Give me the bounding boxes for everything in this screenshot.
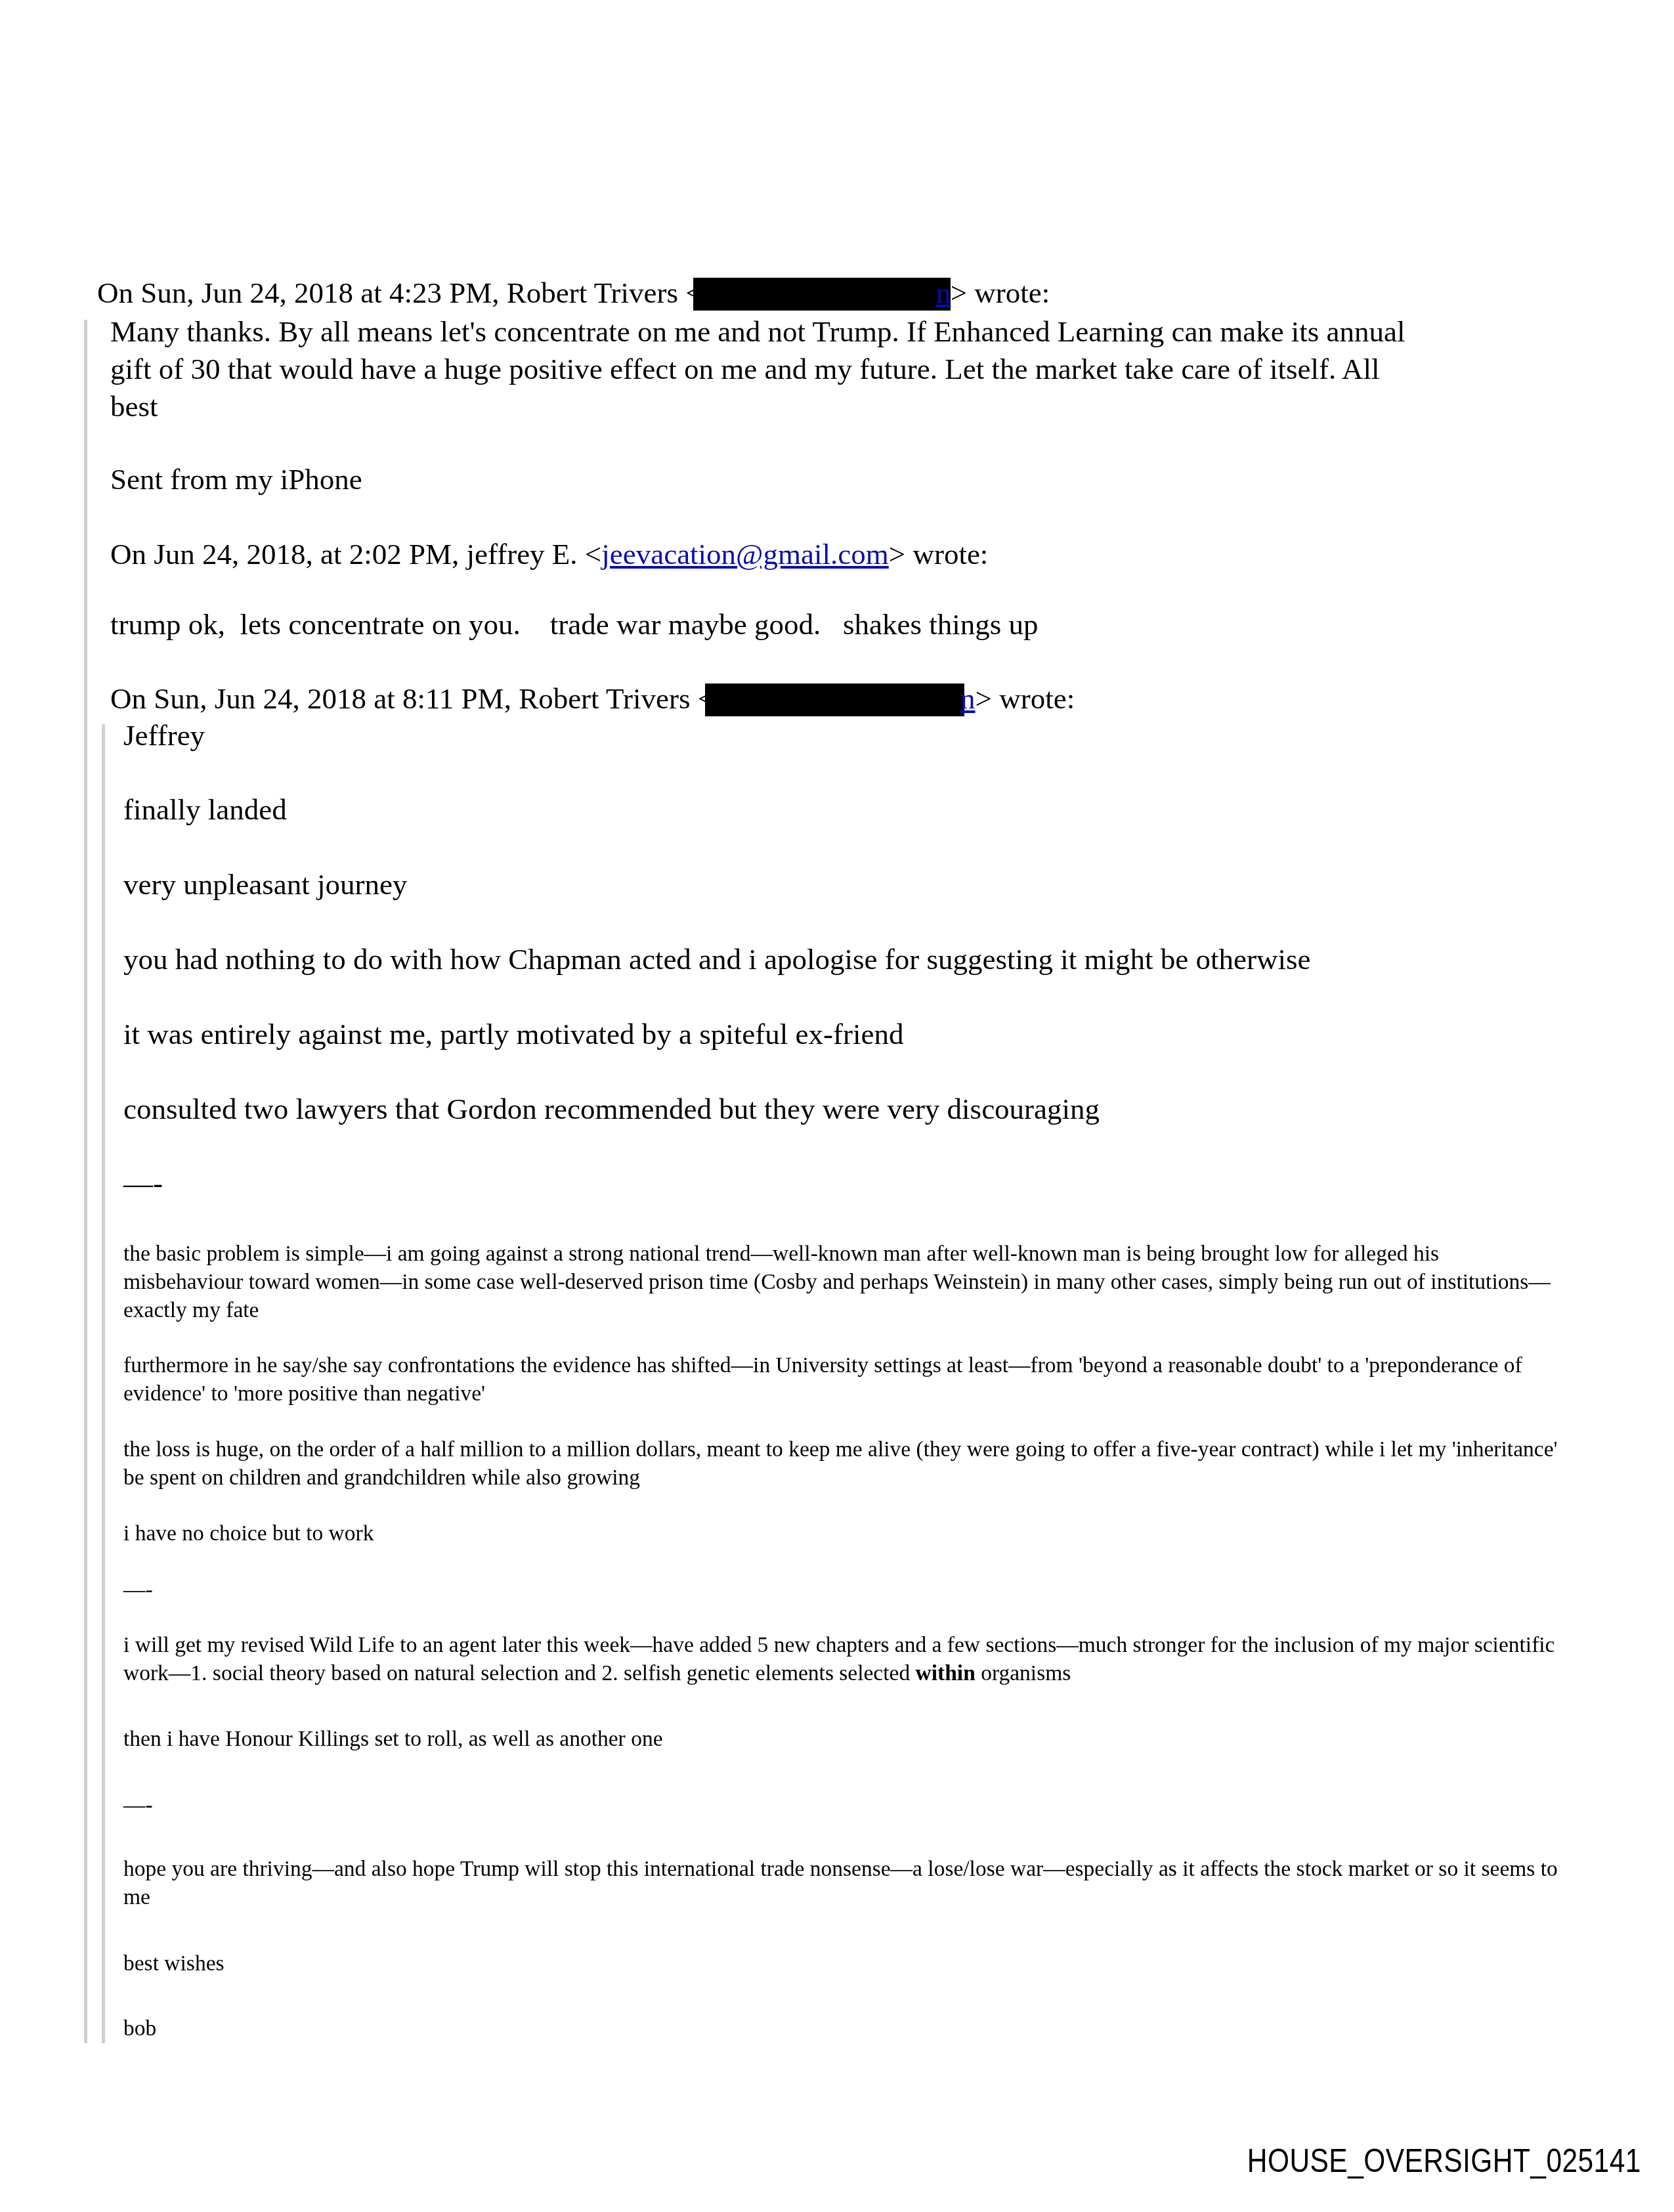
quote-bar-inner xyxy=(102,724,105,2043)
redaction-box xyxy=(693,278,951,311)
reply-1-body: Many thanks. By all means let's concentr… xyxy=(110,313,1406,425)
signature: bob xyxy=(123,2014,156,2043)
original-email-link[interactable]: n xyxy=(960,680,976,718)
reply-2-header-prefix: On Jun 24, 2018, at 2:02 PM, jeffrey E. … xyxy=(110,538,601,571)
reply-2-header: On Jun 24, 2018, at 2:02 PM, jeffrey E. … xyxy=(110,536,988,573)
original-paragraph: you had nothing to do with how Chapman a… xyxy=(123,941,1310,978)
honour-killings-paragraph: then i have Honour Killings set to roll,… xyxy=(123,1725,663,1753)
closing-paragraph: hope you are thriving—and also hope Trum… xyxy=(123,1855,1561,1911)
reply-1-body-line: gift of 30 that would have a huge positi… xyxy=(110,351,1406,388)
original-header: On Sun, Jun 24, 2018 at 8:11 PM, Robert … xyxy=(110,680,1075,718)
original-small-paragraph: the loss is huge, on the order of a half… xyxy=(123,1435,1561,1492)
section-divider: —- xyxy=(123,1791,153,1819)
quote-bar-outer xyxy=(84,320,87,2043)
original-greeting: Jeffrey xyxy=(123,717,205,754)
reply-2-body: trump ok, lets concentrate on you. trade… xyxy=(110,606,1038,643)
section-divider: —- xyxy=(123,1165,163,1202)
reply-1-header: On Sun, Jun 24, 2018 at 4:23 PM, Robert … xyxy=(97,274,1050,312)
reply-1-body-line: best xyxy=(110,388,1406,425)
section-divider: —- xyxy=(123,1576,153,1604)
reply-1-header-suffix: > wrote: xyxy=(951,276,1050,309)
wild-life-emphasis: within xyxy=(916,1661,976,1685)
reply-1-body-line: Many thanks. By all means let's concentr… xyxy=(110,313,1406,351)
original-header-suffix: > wrote: xyxy=(976,682,1075,715)
reply-2-email-link[interactable]: jeevacation@gmail.com xyxy=(601,538,889,571)
redaction-box xyxy=(705,683,964,716)
original-paragraph: very unpleasant journey xyxy=(123,866,407,903)
wild-life-text: i will get my revised Wild Life to an ag… xyxy=(123,1633,1555,1685)
original-small-paragraph: i have no choice but to work xyxy=(123,1519,374,1548)
reply-1-signature: Sent from my iPhone xyxy=(110,461,362,498)
original-small-paragraph: furthermore in he say/she say confrontat… xyxy=(123,1351,1561,1408)
bates-number: HOUSE_OVERSIGHT_025141 xyxy=(1247,2142,1641,2180)
wild-life-text-end: organisms xyxy=(976,1661,1071,1685)
original-paragraph: consulted two lawyers that Gordon recomm… xyxy=(123,1091,1100,1128)
reply-1-header-prefix: On Sun, Jun 24, 2018 at 4:23 PM, Robert … xyxy=(97,276,702,309)
wild-life-paragraph: i will get my revised Wild Life to an ag… xyxy=(123,1631,1561,1687)
reply-2-header-suffix: > wrote: xyxy=(889,538,989,571)
original-paragraph: it was entirely against me, partly motiv… xyxy=(123,1016,903,1053)
original-header-prefix: On Sun, Jun 24, 2018 at 8:11 PM, Robert … xyxy=(110,682,714,715)
original-small-paragraph: the basic problem is simple—i am going a… xyxy=(123,1240,1561,1324)
sign-off: best wishes xyxy=(123,1949,225,1978)
original-paragraph: finally landed xyxy=(123,791,287,829)
